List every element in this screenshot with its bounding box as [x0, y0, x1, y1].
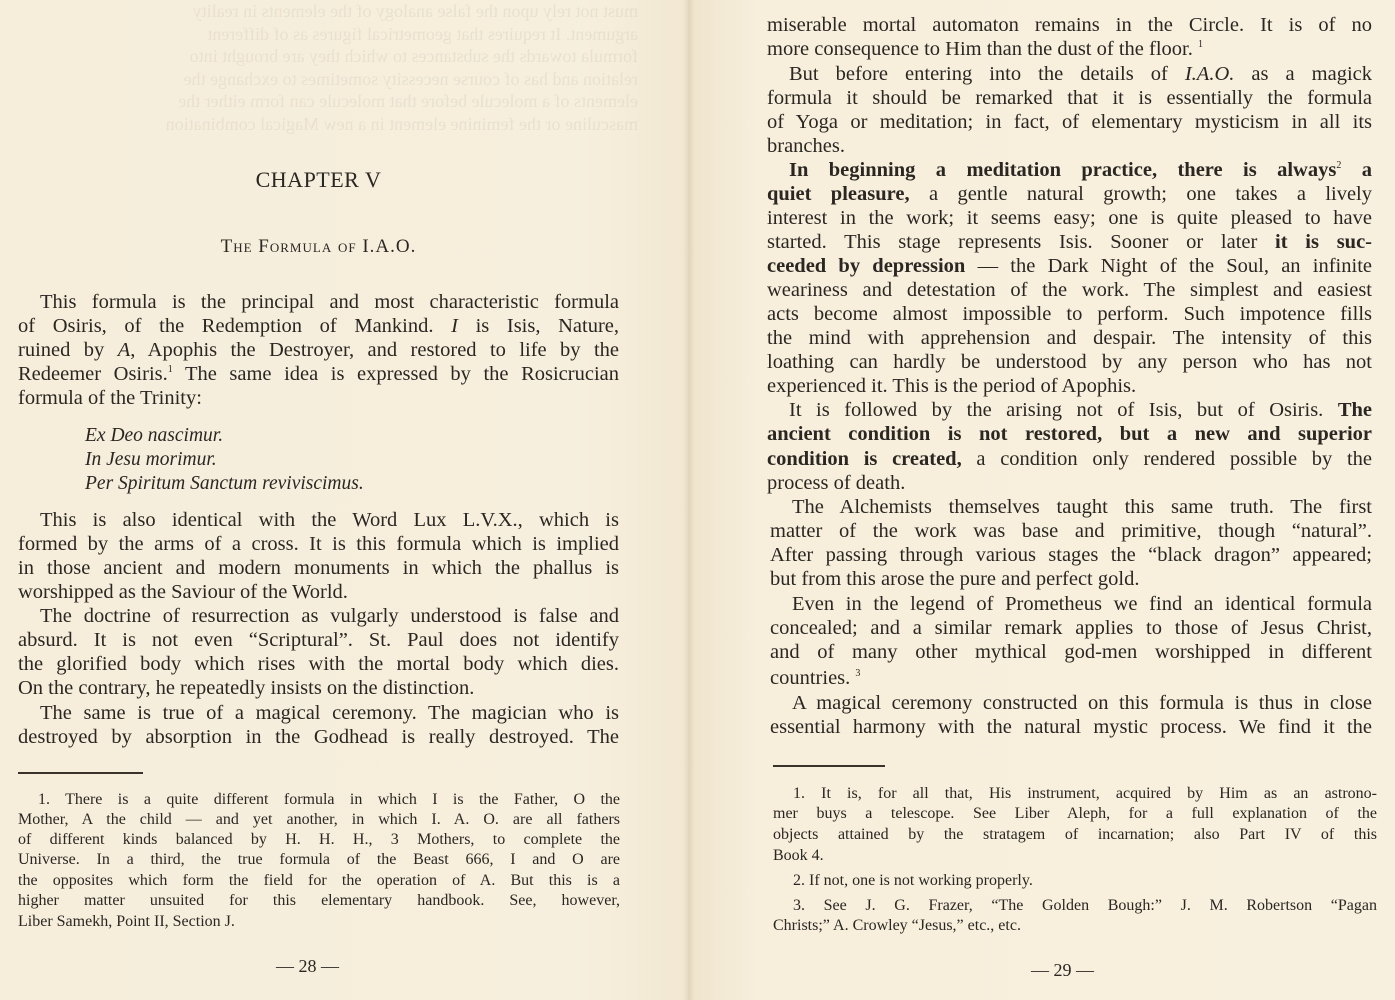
text-line: process of death.: [767, 471, 1372, 495]
text-line: It is followed by the arising not of Isi…: [767, 398, 1372, 422]
footnote-ref: 3: [855, 668, 860, 679]
text-line: After passing through various stages the…: [770, 543, 1372, 567]
footnote-line: 2. If not, one is not working properly.: [773, 871, 1377, 892]
text-line: quiet pleasure, a gentle natural growth;…: [767, 182, 1372, 206]
text-line: In beginning a meditation practice, ther…: [767, 158, 1372, 182]
text-line: condition is created, a condition only r…: [767, 447, 1372, 471]
text-line: started. This stage represents Isis. Soo…: [767, 230, 1372, 254]
footnote-line: of different kinds balanced by H. H. H.,…: [18, 830, 620, 851]
text-line: ceeded by depression — the Dark Night of…: [767, 254, 1372, 278]
footnote-line: Mother, A the child — and yet another, i…: [18, 810, 620, 831]
text-line: experienced it. This is the period of Ap…: [767, 374, 1372, 398]
text-line: worshipped as the Saviour of the World.: [18, 580, 619, 604]
footnote-divider: [18, 772, 143, 774]
chapter-heading: CHAPTER V: [18, 167, 619, 193]
footnote-line: 3. See J. G. Frazer, “The Golden Bough:”…: [773, 896, 1377, 917]
footnote-line: 1. It is, for all that, His instrument, …: [773, 784, 1377, 805]
verse-line: Ex Deo nascimur.: [85, 424, 223, 448]
text-line: concealed; and a similar remark applies …: [770, 616, 1372, 640]
text-line: countries. 3: [770, 666, 1372, 690]
text-line: the glorified body which rises with the …: [18, 652, 619, 676]
text-line: ruined by A, Apophis the Destroyer, and …: [18, 338, 619, 362]
text-line: The doctrine of resurrection as vulgarly…: [18, 604, 619, 628]
text-line: ancient condition is not restored, but a…: [767, 422, 1372, 446]
text-line: But before entering into the details of …: [767, 62, 1372, 86]
text-line: Redeemer Osiris.1 The same idea is expre…: [18, 362, 619, 386]
text-line: destroyed by absorption in the Godhead i…: [18, 725, 619, 749]
text-line: acts become almost impossible to perform…: [767, 302, 1372, 326]
text-line: A magical ceremony constructed on this f…: [770, 691, 1372, 715]
text-line: of Osiris, of the Redemption of Mankind.…: [18, 314, 619, 338]
text-line: miserable mortal automaton remains in th…: [767, 13, 1372, 37]
book-gutter: [683, 0, 695, 1000]
footnote-line: Universe. In a third, the true formula o…: [18, 850, 620, 871]
text-line: and of many other mythical god-men worsh…: [770, 640, 1372, 664]
text-line: weariness and detestation of the work. T…: [767, 278, 1372, 302]
text-line: This formula is the principal and most c…: [18, 290, 619, 314]
footnote-line: Book 4.: [773, 846, 1377, 867]
footnote-line: higher matter unsuited for this elementa…: [18, 891, 620, 912]
text-line: The same is true of a magical ceremony. …: [18, 701, 619, 725]
text-line: branches.: [767, 134, 1372, 158]
page-number: — 29 —: [1031, 960, 1094, 981]
verse-line: In Jesu morimur.: [85, 448, 217, 472]
page-number: — 28 —: [276, 956, 339, 977]
text-line: interest in the work; it seems easy; one…: [767, 206, 1372, 230]
text-line: Even in the legend of Prometheus we find…: [770, 592, 1372, 616]
text-line: of Yoga or meditation; in fact, of eleme…: [767, 110, 1372, 134]
text-line: matter of the work was base and primitiv…: [770, 519, 1372, 543]
text-line: loathing can hardly be understood by any…: [767, 350, 1372, 374]
footnote-line: 1. There is a quite different formula in…: [18, 790, 620, 811]
text-line: absurd. It is not even “Scriptural”. St.…: [18, 628, 619, 652]
footnote-line: the opposites which form the field for t…: [18, 871, 620, 892]
footnote-divider: [773, 765, 885, 767]
text-line: more consequence to Him than the dust of…: [767, 37, 1372, 61]
text-line: The Alchemists themselves taught this sa…: [770, 495, 1372, 519]
text-line: essential harmony with the natural mysti…: [770, 715, 1372, 739]
chapter-title: The Formula of I.A.O.: [18, 236, 619, 258]
text-line: This is also identical with the Word Lux…: [18, 508, 619, 532]
text-line: formed by the arms of a cross. It is thi…: [18, 532, 619, 556]
footnote-line: Liber Samekh, Point II, Section J.: [18, 912, 620, 933]
footnote-line: objects attained by the stratagem of inc…: [773, 825, 1377, 846]
verse-line: Per Spiritum Sanctum reviviscimus.: [85, 472, 364, 496]
text-line: but from this arose the pure and perfect…: [770, 567, 1372, 591]
text-line: the mind with apprehension and despair. …: [767, 326, 1372, 350]
text-line: formula it should be remarked that it is…: [767, 86, 1372, 110]
text-line: formula of the Trinity:: [18, 386, 619, 410]
book-spread: must not rely upon the false analogy of …: [0, 0, 1395, 1000]
footnote-line: mer buys a telescope. See Liber Aleph, f…: [773, 804, 1377, 825]
footnote-line: Christs;” A. Crowley “Jesus,” etc., etc.: [773, 916, 1377, 937]
text-line: On the contrary, he repeatedly insists o…: [18, 676, 619, 700]
footnote-ref: 1: [1198, 39, 1203, 50]
text-line: in those ancient and modern monuments in…: [18, 556, 619, 580]
